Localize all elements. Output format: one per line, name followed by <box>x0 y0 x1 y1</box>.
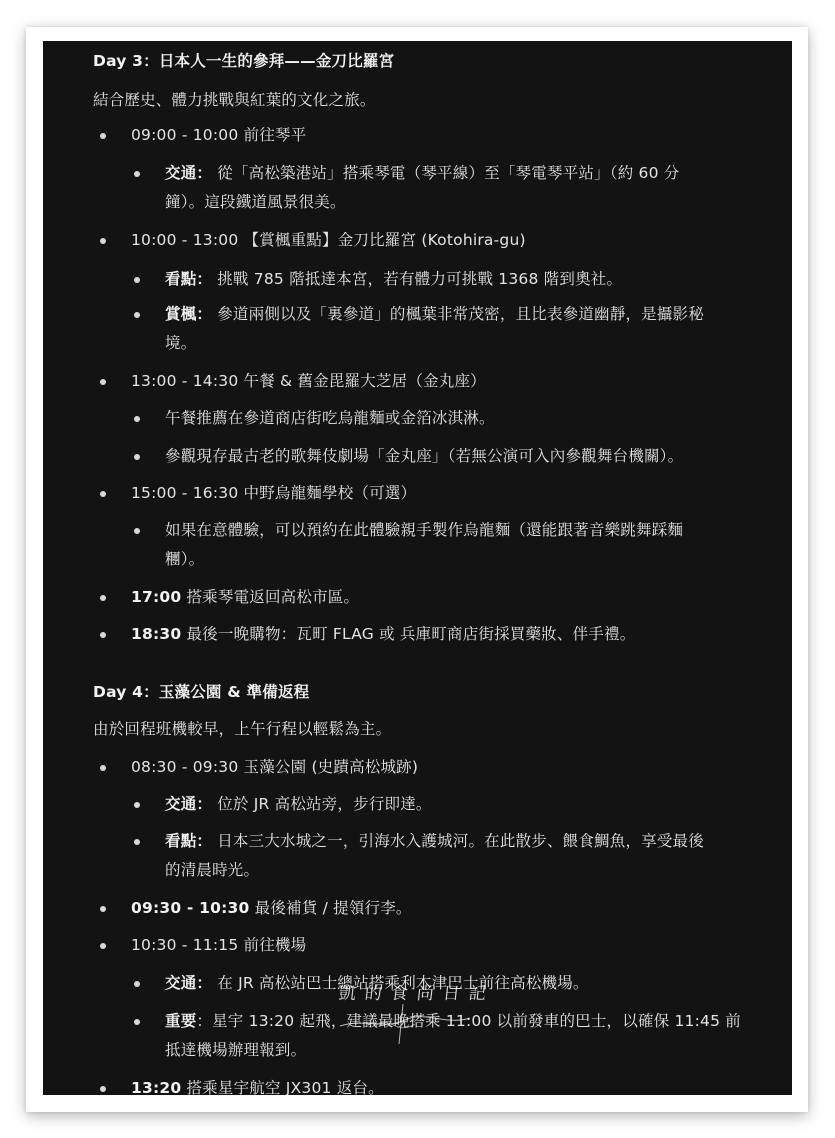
bullet-icon <box>100 595 106 601</box>
bullet-icon <box>100 1086 106 1092</box>
day4-heading: Day 4：玉藻公園 & 準備返程 <box>93 678 309 707</box>
bullet-icon <box>134 528 140 534</box>
item-text: 最後一晚購物：瓦町 FLAG 或 兵庫町商店街採買藥妝、伴手禮。 <box>181 625 635 643</box>
list-item: 13:00 - 14:30 午餐 & 舊金毘羅大芝居（金丸座） <box>131 367 486 396</box>
itinerary-panel: Day 3：日本人一生的參拜——金刀比羅宮 結合歷史、體力挑戰與紅葉的文化之旅。… <box>43 41 792 1095</box>
bullet-icon <box>134 454 140 460</box>
bullet-icon <box>100 765 106 771</box>
list-item: 看點： 挑戰 785 階抵達本宮，若有體力可挑戰 1368 階到奧社。 <box>165 265 622 294</box>
item-text: ：星宇 13:20 起飛，建議最晚搭乘 11:00 以前發車的巴士，以確保 11… <box>196 1012 741 1030</box>
item-text: 搭乘星宇航空 JX301 返台。 <box>181 1079 383 1095</box>
label-transport: 交通： <box>165 974 212 992</box>
item-text-cont: 抵達機場辦理報到。 <box>165 1036 306 1065</box>
item-time: 17:00 <box>131 588 181 606</box>
list-item: 參觀現存最古老的歌舞伎劇場「金丸座」（若無公演可入內參觀舞台機關）。 <box>165 442 683 471</box>
bullet-icon <box>100 133 106 139</box>
list-item: 17:00 搭乘琴電返回高松市區。 <box>131 583 359 612</box>
bullet-icon <box>100 379 106 385</box>
list-item: 10:00 - 13:00 【賞楓重點】金刀比羅宮 (Kotohira-gu) <box>131 226 526 255</box>
day3-intro: 結合歷史、體力挑戰與紅葉的文化之旅。 <box>93 86 376 115</box>
item-text: 從「高松築港站」搭乘琴電（琴平線）至「琴電琴平站」（約 60 分 <box>212 164 679 182</box>
bullet-icon <box>134 981 140 987</box>
item-text: 日本三大水城之一，引海水入護城河。在此散步、餵食鯛魚，享受最後 <box>212 832 704 850</box>
label-foliage: 賞楓： <box>165 305 212 323</box>
bullet-icon <box>134 802 140 808</box>
bullet-icon <box>134 277 140 283</box>
bullet-icon <box>134 1019 140 1025</box>
list-item: 如果在意體驗，可以預約在此體驗親手製作烏龍麵（還能跟著音樂跳舞踩麵 <box>165 516 683 545</box>
item-text: 在 JR 高松站巴士總站搭乘利木津巴士前往高松機場。 <box>212 974 589 992</box>
item-text-cont: 鐘）。這段鐵道風景很美。 <box>165 188 346 217</box>
list-item: 09:30 - 10:30 最後補貨 / 提領行李。 <box>131 894 412 923</box>
day4-intro: 由於回程班機較早，上午行程以輕鬆為主。 <box>93 715 391 744</box>
day3-heading: Day 3：日本人一生的參拜——金刀比羅宮 <box>93 47 394 76</box>
bullet-icon <box>134 312 140 318</box>
bullet-icon <box>134 839 140 845</box>
item-text: 最後補貨 / 提領行李。 <box>250 899 412 917</box>
list-item: 13:20 搭乘星宇航空 JX301 返台。 <box>131 1074 384 1095</box>
list-item: 重要：星宇 13:20 起飛，建議最晚搭乘 11:00 以前發車的巴士，以確保 … <box>165 1007 741 1036</box>
bullet-icon <box>134 171 140 177</box>
list-item: 15:00 - 16:30 中野烏龍麵學校（可選） <box>131 479 416 508</box>
label-important: 重要 <box>165 1012 196 1030</box>
bullet-icon <box>100 491 106 497</box>
list-item: 交通： 在 JR 高松站巴士總站搭乘利木津巴士前往高松機場。 <box>165 969 589 998</box>
item-text-cont: 的清晨時光。 <box>165 856 259 885</box>
item-text-cont: 糰）。 <box>165 545 204 574</box>
list-item: 交通： 從「高松築港站」搭乘琴電（琴平線）至「琴電琴平站」（約 60 分 <box>165 159 679 188</box>
item-time: 13:20 <box>131 1079 181 1095</box>
label-transport: 交通： <box>165 164 212 182</box>
bullet-icon <box>134 416 140 422</box>
item-text: 挑戰 785 階抵達本宮，若有體力可挑戰 1368 階到奧社。 <box>212 270 622 288</box>
list-item: 賞楓： 參道兩側以及「裏參道」的楓葉非常茂密，且比表參道幽靜，是攝影秘 <box>165 300 704 329</box>
bullet-icon <box>100 906 106 912</box>
list-item: 18:30 最後一晚購物：瓦町 FLAG 或 兵庫町商店街採買藥妝、伴手禮。 <box>131 620 635 649</box>
bullet-icon <box>100 238 106 244</box>
list-item: 交通： 位於 JR 高松站旁，步行即達。 <box>165 790 432 819</box>
list-item: 09:00 - 10:00 前往琴平 <box>131 121 306 150</box>
list-item: 08:30 - 09:30 玉藻公園 (史蹟高松城跡) <box>131 753 418 782</box>
list-item: 看點： 日本三大水城之一，引海水入護城河。在此散步、餵食鯛魚，享受最後 <box>165 827 704 856</box>
item-text: 搭乘琴電返回高松市區。 <box>181 588 359 606</box>
item-text: 位於 JR 高松站旁，步行即達。 <box>212 795 432 813</box>
item-text-cont: 境。 <box>165 329 196 358</box>
item-text: 參道兩側以及「裏參道」的楓葉非常茂密，且比表參道幽靜，是攝影秘 <box>212 305 704 323</box>
item-time: 09:30 - 10:30 <box>131 899 250 917</box>
item-time: 18:30 <box>131 625 181 643</box>
label-highlight: 看點： <box>165 270 212 288</box>
list-item: 10:30 - 11:15 前往機場 <box>131 931 306 960</box>
label-transport: 交通： <box>165 795 212 813</box>
bullet-icon <box>100 632 106 638</box>
bullet-icon <box>100 943 106 949</box>
list-item: 午餐推薦在參道商店街吃烏龍麵或金箔冰淇淋。 <box>165 404 495 433</box>
label-highlight: 看點： <box>165 832 212 850</box>
